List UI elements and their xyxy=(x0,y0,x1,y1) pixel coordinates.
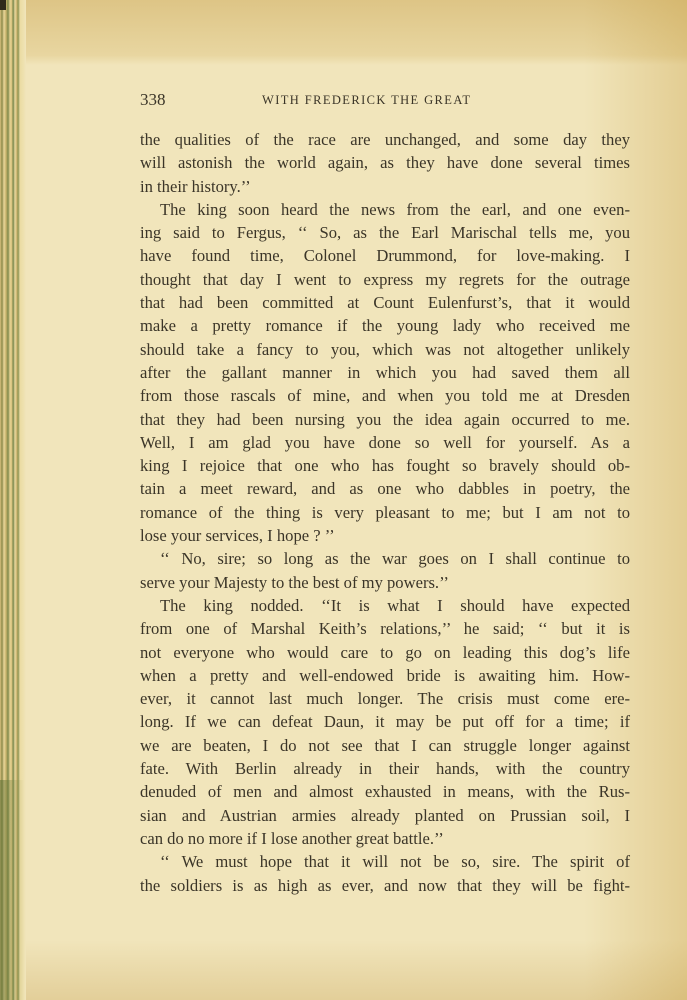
text-line: from those rascals of mine, and when you… xyxy=(140,384,630,407)
text-line: we are beaten, I do not see that I can s… xyxy=(140,734,630,757)
text-line: Well, I am glad you have done so well fo… xyxy=(140,431,630,454)
spine-corner-shadow xyxy=(0,0,6,10)
text-line: denuded of men and almost exhausted in m… xyxy=(140,780,630,803)
text-line: lose your services, I hope ? ’’ xyxy=(140,524,630,547)
text-line: ever, it cannot last much longer. The cr… xyxy=(140,687,630,710)
text-line: tain a meet reward, and as one who dabbl… xyxy=(140,477,630,500)
running-title: WITH FREDERICK THE GREAT xyxy=(262,93,471,108)
text-line: the qualities of the race are unchanged,… xyxy=(140,128,630,151)
text-line: from one of Marshal Keith’s relations,’’… xyxy=(140,617,630,640)
spine-binding-shade xyxy=(0,780,24,1000)
text-line: the soldiers is as high as ever, and now… xyxy=(140,874,630,897)
text-line: The king nodded. ‘‘It is what I should h… xyxy=(140,594,630,617)
text-line: will astonish the world again, as they h… xyxy=(140,151,630,174)
text-line: make a pretty romance if the young lady … xyxy=(140,314,630,337)
page-number: 338 xyxy=(140,90,166,110)
text-line: serve your Majesty to the best of my pow… xyxy=(140,571,630,594)
text-line: king I rejoice that one who has fought s… xyxy=(140,454,630,477)
text-line: romance of the thing is very pleasant to… xyxy=(140,501,630,524)
text-line: when a pretty and well-endowed bride is … xyxy=(140,664,630,687)
text-line: ‘‘ No, sire; so long as the war goes on … xyxy=(140,547,630,570)
running-head: 338 WITH FREDERICK THE GREAT xyxy=(140,88,630,112)
text-line: long. If we can defeat Daun, it may be p… xyxy=(140,710,630,733)
text-line: in their history.’’ xyxy=(140,175,630,198)
text-line: ‘‘ We must hope that it will not be so, … xyxy=(140,850,630,873)
text-line: have found time, Colonel Drummond, for l… xyxy=(140,244,630,267)
text-line: should take a fancy to you, which was no… xyxy=(140,338,630,361)
text-line: The king soon heard the news from the ea… xyxy=(140,198,630,221)
book-page: 338 WITH FREDERICK THE GREAT the qualiti… xyxy=(0,0,687,1000)
text-line: ing said to Fergus, ‘‘ So, as the Earl M… xyxy=(140,221,630,244)
text-line: sian and Austrian armies already planted… xyxy=(140,804,630,827)
text-line: fate. With Berlin already in their hands… xyxy=(140,757,630,780)
text-line: thought that day I went to express my re… xyxy=(140,268,630,291)
text-line: that they had been nursing you the idea … xyxy=(140,408,630,431)
text-line: after the gallant manner in which you ha… xyxy=(140,361,630,384)
text-line: that had been committed at Count Eulenfu… xyxy=(140,291,630,314)
text-line: can do no more if I lose another great b… xyxy=(140,827,630,850)
body-text: the qualities of the race are unchanged,… xyxy=(140,128,630,897)
text-line: not everyone who would care to go on lea… xyxy=(140,641,630,664)
